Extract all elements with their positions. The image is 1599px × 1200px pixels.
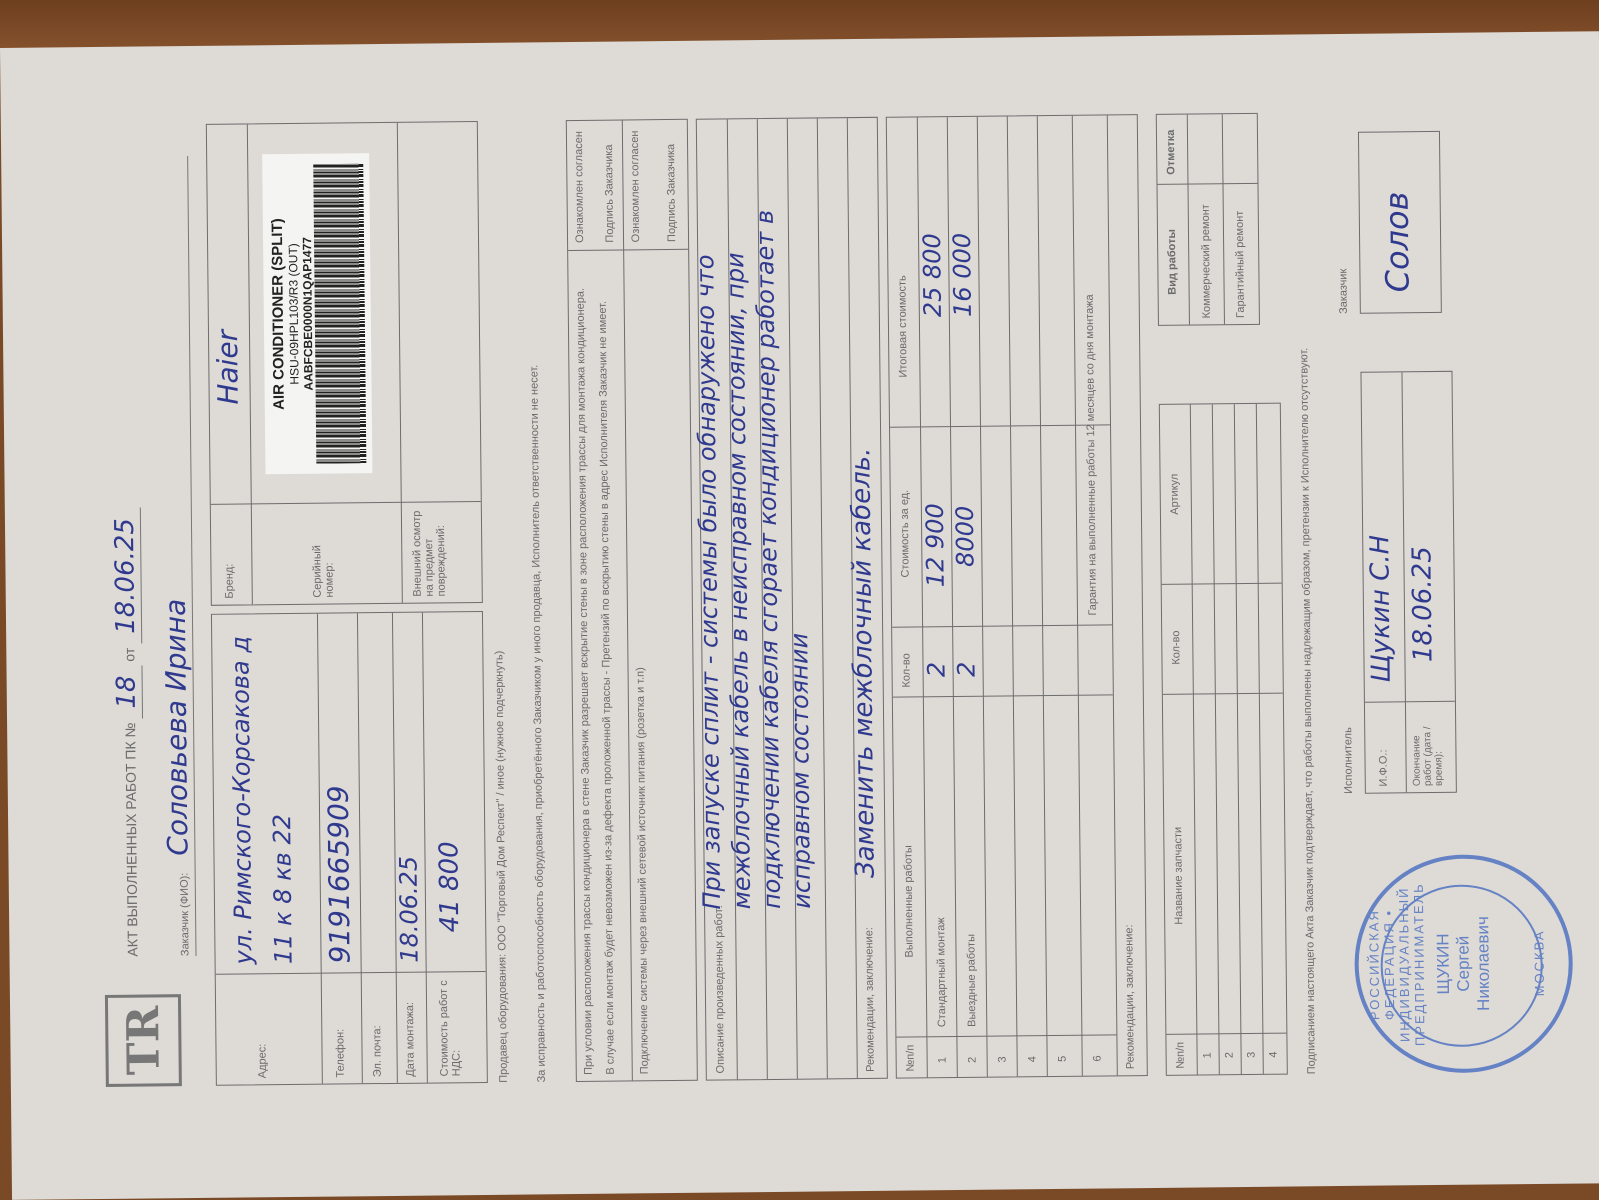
parts-table: №п/п Название запчасти Кол-во Артикул 1 … bbox=[1159, 403, 1288, 1076]
doc-title: АКТ ВЫПОЛНЕННЫХ РАБОТ ПК № 18 от 18.06.2… bbox=[110, 508, 145, 957]
act-date: 18.06.25 bbox=[110, 508, 142, 644]
warranty-repair: Гарантийный ремонт bbox=[1234, 211, 1247, 318]
mark-col: Отметка bbox=[1165, 130, 1177, 175]
customer-name: Соловьева Ирина bbox=[159, 599, 195, 856]
finish-date: 18.06.25 bbox=[1407, 546, 1438, 662]
customer-sign-label: Заказчик bbox=[1337, 269, 1349, 314]
company-stamp: РОССИЙСКАЯ ФЕДЕРАЦИЯ • ИНДИВИДУАЛЬНЫЙ ПР… bbox=[1354, 854, 1574, 1074]
works-col-name: Выполненные работы bbox=[902, 845, 915, 957]
install-date-value: 18.06.25 bbox=[394, 856, 423, 963]
confirm-text: Подписанием настоящего Акта Заказчик под… bbox=[1296, 114, 1318, 1074]
customer-signature-box: Солов bbox=[1358, 131, 1442, 314]
works-row-6-n: 6 bbox=[1092, 1055, 1104, 1061]
brand-value: Haier bbox=[211, 330, 245, 405]
parts-col-qty: Кол-во bbox=[1170, 630, 1182, 664]
inspection-label: Внешний осмотр на предмет повреждений: bbox=[411, 506, 448, 596]
parts-row-2: 2 bbox=[1224, 1052, 1236, 1058]
executor-label: Исполнитель bbox=[1342, 727, 1355, 794]
works-row-2-price: 8000 bbox=[951, 506, 980, 567]
paper-sheet: TR АКТ ВЫПОЛНЕННЫХ РАБОТ ПК № 18 от 18.0… bbox=[0, 31, 1599, 1200]
parts-col-name: Название запчасти bbox=[1172, 827, 1185, 925]
works-row-1-name: Стандартный монтаж bbox=[935, 917, 948, 1027]
description-text: При запуске сплит - системы было обнаруж… bbox=[689, 109, 817, 910]
warranty-text: Гарантия на выполненные работы 12 месяце… bbox=[1084, 294, 1099, 615]
executor-table: И.Ф.О.: Щукин С.Н Окончание работ (дата … bbox=[1360, 371, 1456, 794]
parts-row-4: 4 bbox=[1268, 1052, 1280, 1058]
sign-label-1: Подпись Заказчика bbox=[603, 144, 616, 242]
customer-line: Заказчик (ФИО): Соловьева Ирина bbox=[154, 156, 196, 956]
commercial-repair: Коммерческий ремонт bbox=[1200, 204, 1213, 318]
company-logo: TR bbox=[105, 994, 182, 1087]
brand-label: Бренд: bbox=[223, 564, 235, 599]
stamp-ring-text: РОССИЙСКАЯ ФЕДЕРАЦИЯ • ИНДИВИДУАЛЬНЫЙ ПР… bbox=[1366, 859, 1428, 1070]
works-col-qty: Кол-во bbox=[900, 653, 912, 687]
parts-col-article: Артикул bbox=[1169, 474, 1181, 515]
phone-label: Телефон: bbox=[334, 1029, 347, 1078]
barcode-icon bbox=[313, 163, 366, 464]
info-table: Адрес: ул. Римского-Корсакова д 11 к 8 к… bbox=[211, 611, 488, 1086]
date-label: от bbox=[121, 648, 137, 662]
fio-label: И.Ф.О.: bbox=[1377, 749, 1389, 786]
works-row-3-n: 3 bbox=[997, 1056, 1009, 1062]
works-col-n: №п/п bbox=[904, 1045, 916, 1072]
works-row-2-total: 16 000 bbox=[948, 233, 977, 317]
power-notice: Подключение системы через внешний сетево… bbox=[630, 264, 650, 1074]
works-row-1-qty: 2 bbox=[922, 662, 950, 678]
recommendation-text: Заменить межблочный кабель. bbox=[846, 447, 881, 878]
agreement-table: При условии расположения трассы кондицио… bbox=[566, 119, 698, 1082]
parts-row-3: 3 bbox=[1246, 1052, 1258, 1058]
route-notice: При условии расположения трассы кондицио… bbox=[574, 265, 594, 1075]
work-type-table: Вид работы Отметка Коммерческий ремонт Г… bbox=[1156, 113, 1260, 326]
phone-value: 9191665909 bbox=[322, 785, 357, 963]
address-label: Адрес: bbox=[256, 1044, 268, 1079]
executor-name: Щукин С.Н bbox=[1365, 535, 1397, 683]
finish-label: Окончание работ (дата / время): bbox=[1411, 706, 1445, 786]
agree-label-2: Ознакомлен согласен bbox=[629, 130, 642, 242]
email-label: Эл. почта: bbox=[371, 1025, 384, 1077]
title-text: АКТ ВЫПОЛНЕННЫХ РАБОТ ПК № bbox=[122, 722, 140, 956]
equipment-table: Бренд: Haier Серийный номер: AIR CONDITI… bbox=[206, 121, 483, 606]
customer-signature: Солов bbox=[1378, 191, 1417, 292]
stamp-city: МОСКВА bbox=[1531, 858, 1548, 1068]
works-col-total: Итоговая стоимость bbox=[896, 275, 909, 377]
works-row-2-name: Выездные работы bbox=[965, 934, 978, 1027]
sign-label-2: Подпись Заказчика bbox=[665, 144, 678, 242]
agree-label-1: Ознакомлен согласен bbox=[573, 131, 586, 243]
works-row-1-n: 1 bbox=[937, 1057, 949, 1063]
serial-sticker: AIR CONDITIONER (SPLIT) HSU-09HPL103/R3 … bbox=[262, 153, 372, 474]
works-row-5-n: 5 bbox=[1057, 1056, 1069, 1062]
description-label: Описание произведенных работ: bbox=[713, 905, 727, 1073]
works-table: №п/п Выполненные работы Кол-во Стоимость… bbox=[886, 114, 1148, 1079]
cost-label: Стоимость работ с НДС: bbox=[438, 976, 463, 1076]
act-number: 18 bbox=[111, 665, 143, 718]
recommendation-label: Рекомендации, заключение: bbox=[863, 927, 877, 1072]
works-row-1-total: 25 800 bbox=[918, 233, 947, 317]
serial-label: Серийный номер: bbox=[311, 508, 336, 598]
works-row-2-qty: 2 bbox=[952, 661, 980, 677]
work-type-col: Вид работы bbox=[1166, 229, 1179, 295]
parts-col-n: №п/п bbox=[1174, 1042, 1186, 1069]
works-row-4-n: 4 bbox=[1027, 1056, 1039, 1062]
liability-notice: За исправность и работоспособность обору… bbox=[526, 122, 548, 1082]
works-row-2-n: 2 bbox=[967, 1057, 979, 1063]
claims-notice: В случае если монтаж будет невозможен из… bbox=[596, 265, 616, 1075]
document-page: TR АКТ ВЫПОЛНЕННЫХ РАБОТ ПК № 18 от 18.0… bbox=[95, 72, 1586, 1127]
install-date-label: Дата монтажа: bbox=[404, 1002, 417, 1077]
address-value: ул. Римского-Корсакова д 11 к 8 кв 22 bbox=[220, 624, 304, 965]
seller-notice: Продавец оборудования: ООО "Торговый Дом… bbox=[488, 123, 510, 1083]
customer-label: Заказчик (ФИО): bbox=[179, 873, 192, 957]
works-col-price: Стоимость за ед. bbox=[899, 490, 912, 578]
works-recommendation-label: Рекомендации, заключение: bbox=[1123, 924, 1137, 1069]
description-block: Описание произведенных работ: При запуск… bbox=[696, 117, 888, 1081]
parts-row-1: 1 bbox=[1202, 1052, 1214, 1058]
cost-value: 41 800 bbox=[434, 841, 465, 932]
works-row-1-price: 12 900 bbox=[921, 503, 950, 587]
